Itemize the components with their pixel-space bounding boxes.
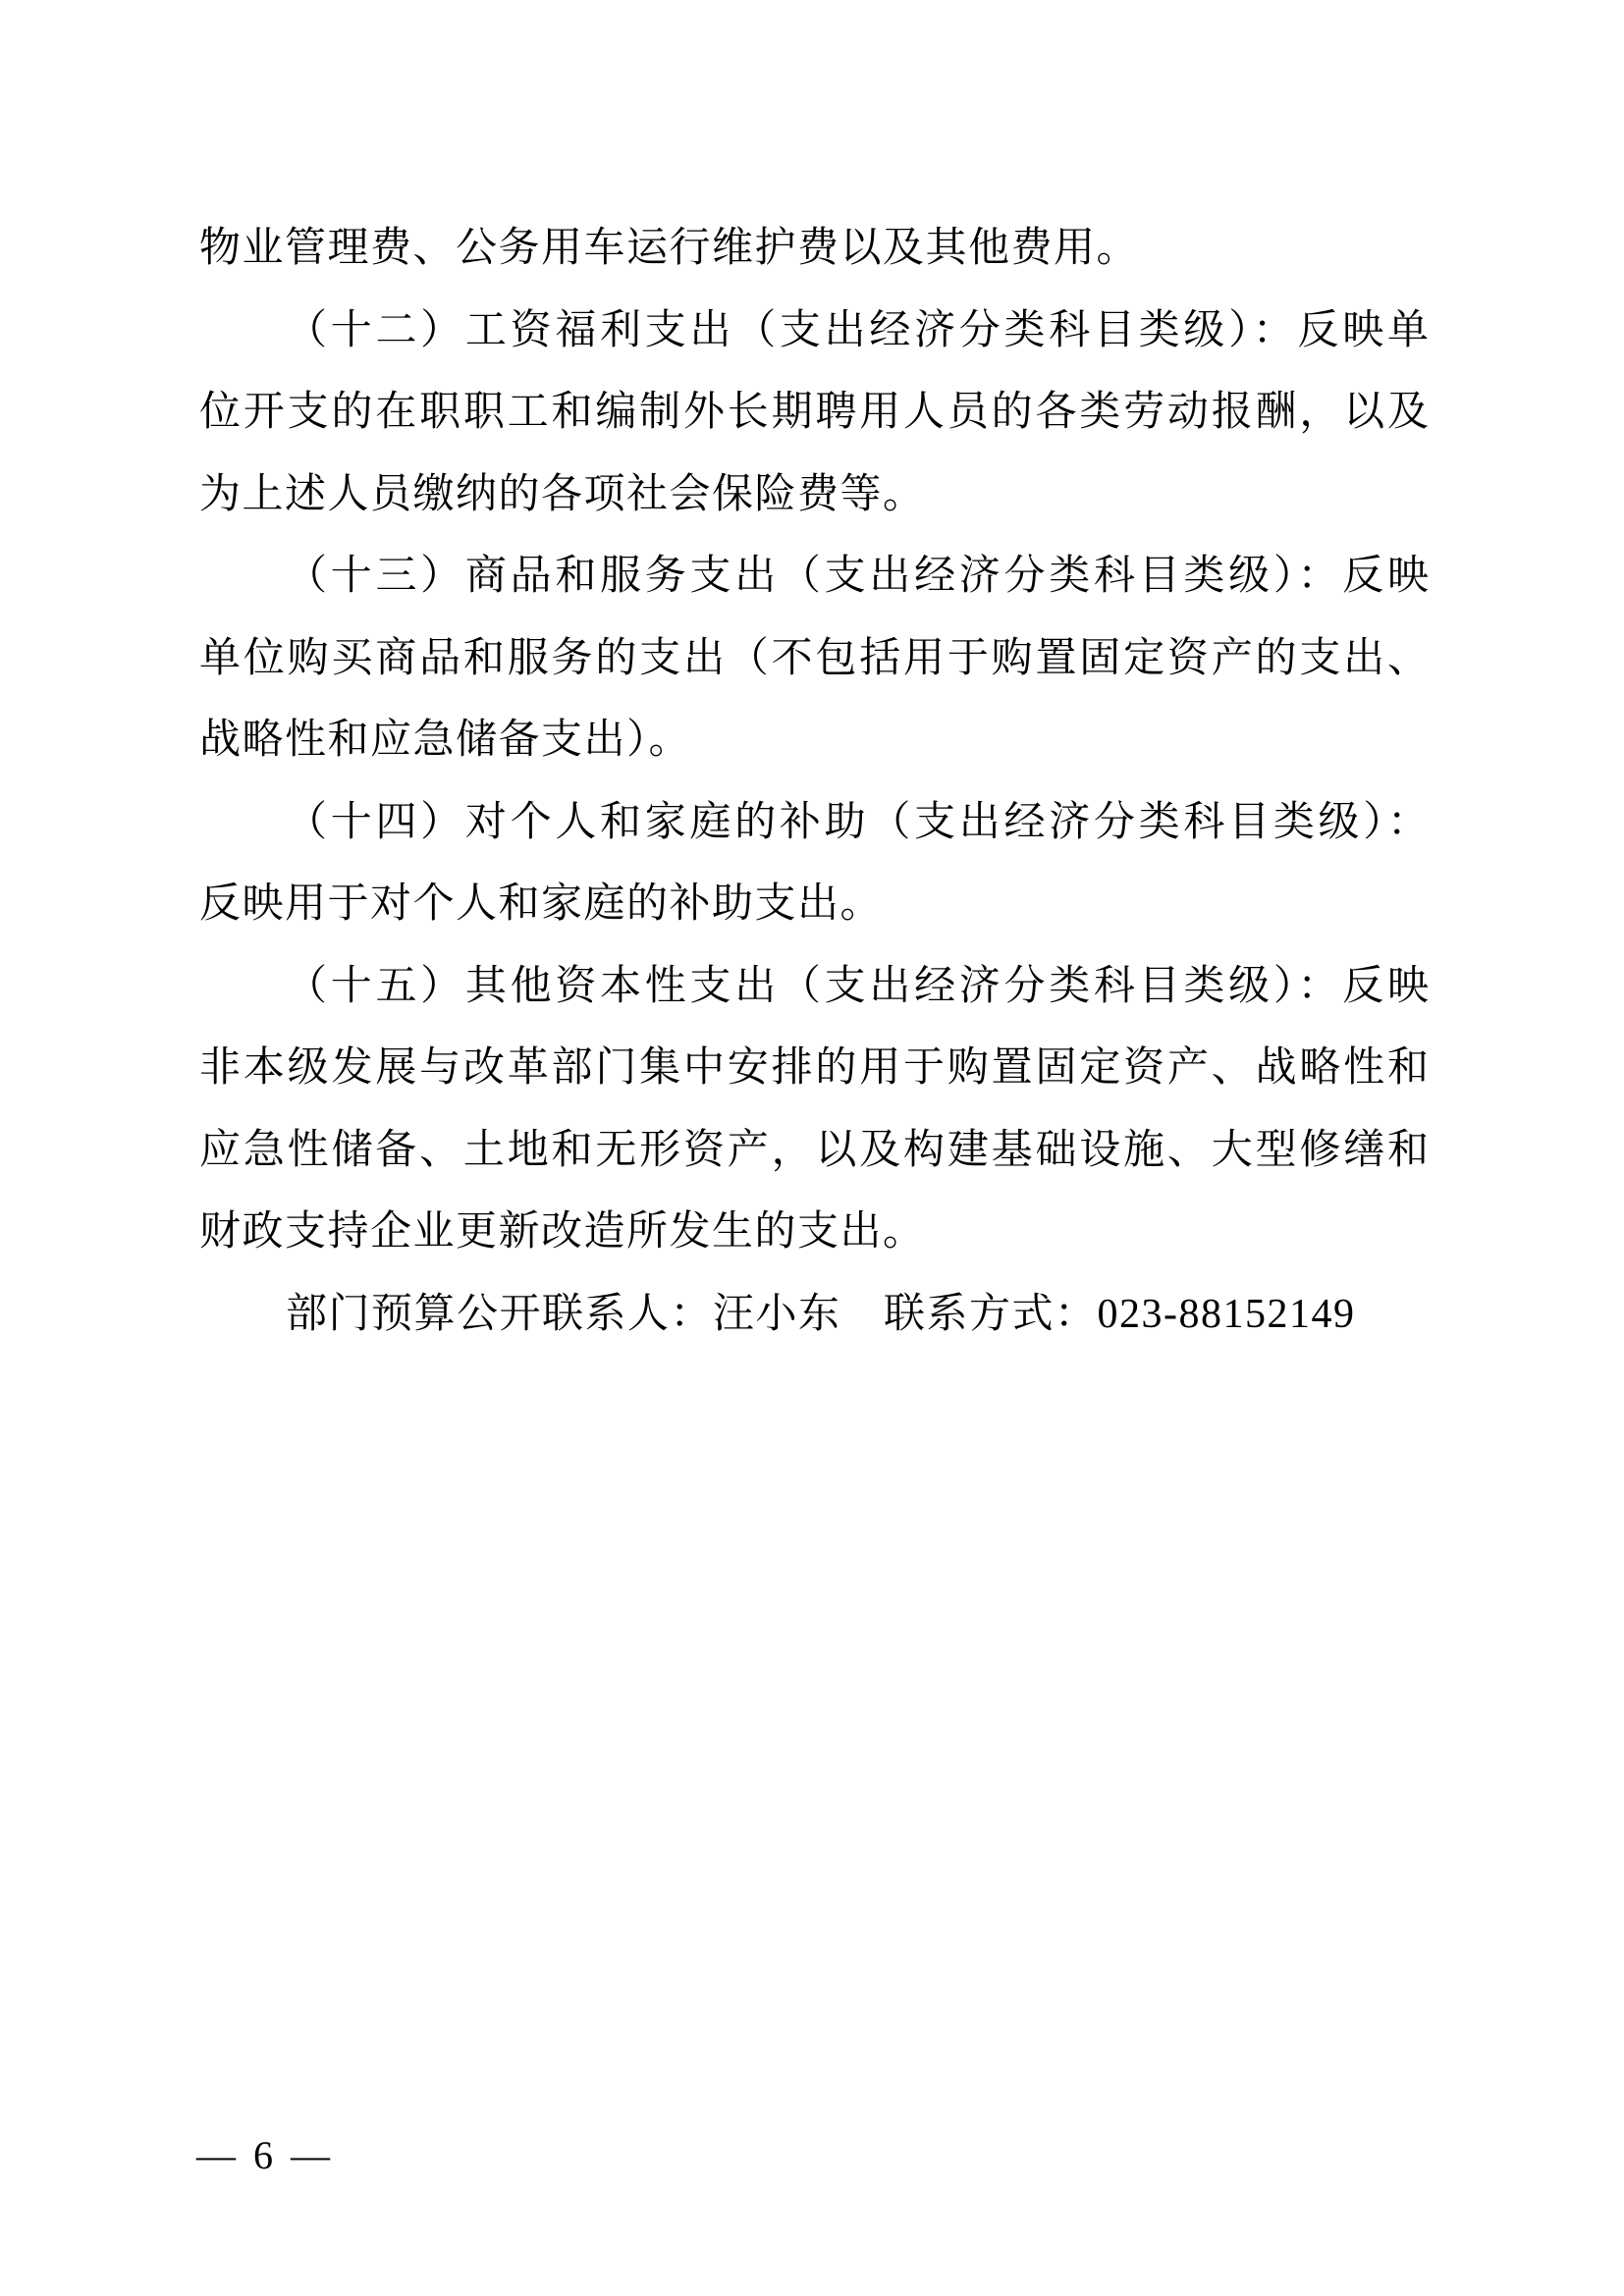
text-line: 反映用于对个人和家庭的补助支出。: [199, 878, 1429, 960]
text-line: 战略性和应急储备支出）。: [199, 714, 1429, 796]
text-line: 位开支的在职职工和编制外长期聘用人员的各类劳动报酬，以及: [199, 386, 1429, 468]
document-page: 物业管理费、公务用车运行维护费以及其他费用。 （十二）工资福利支出（支出经济分类…: [0, 0, 1624, 2296]
text-line: 单位购买商品和服务的支出（不包括用于购置固定资产的支出、: [199, 632, 1429, 715]
text-line: 非本级发展与改革部门集中安排的用于购置固定资产、战略性和: [199, 1041, 1429, 1124]
text-line: 应急性储备、土地和无形资产，以及构建基础设施、大型修缮和: [199, 1124, 1429, 1206]
text-line: 为上述人员缴纳的各项社会保险费等。: [199, 468, 1429, 551]
text-line: 物业管理费、公务用车运行维护费以及其他费用。: [199, 222, 1429, 304]
contact-line: 部门预算公开联系人：汪小东 联系方式：023-88152149: [199, 1288, 1429, 1370]
text-line: （十三）商品和服务支出（支出经济分类科目类级）：反映: [199, 550, 1429, 632]
text-line: （十二）工资福利支出（支出经济分类科目类级）：反映单: [199, 304, 1429, 387]
page-number: — 6 —: [196, 2132, 334, 2178]
text-line: （十五）其他资本性支出（支出经济分类科目类级）：反映: [199, 960, 1429, 1042]
body-text: 物业管理费、公务用车运行维护费以及其他费用。 （十二）工资福利支出（支出经济分类…: [199, 222, 1429, 1369]
text-line: （十四）对个人和家庭的补助（支出经济分类科目类级）：: [199, 796, 1429, 879]
text-line: 财政支持企业更新改造所发生的支出。: [199, 1205, 1429, 1288]
